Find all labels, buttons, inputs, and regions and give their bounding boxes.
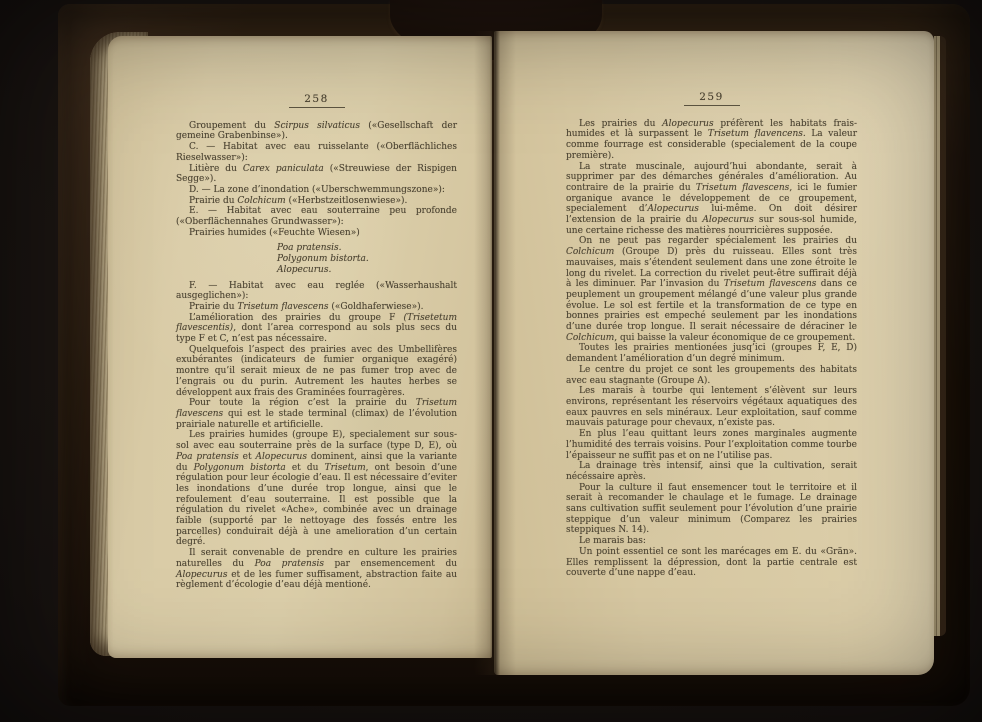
left-page-body-text: Groupement du Scirpus silvaticus («Gesel… xyxy=(176,121,457,591)
paragraph: La drainage très intensif, ainsi que la … xyxy=(566,461,857,482)
paragraph: F. — Habitat avec eau reglée («Wasserhau… xyxy=(176,281,457,302)
species-list: Poa pratensis.Polygonum bistorta.Alopecu… xyxy=(277,243,457,275)
paragraph: Pour la culture il faut ensemencer tout … xyxy=(566,483,857,537)
species-name: Polygonum bistorta. xyxy=(277,254,457,265)
paragraph: Les prairies humides (groupe E), special… xyxy=(176,430,457,548)
paragraph: D. — La zone d’inondation («Uberschwemmu… xyxy=(176,185,457,196)
page-number-left: 258 xyxy=(176,94,457,105)
paragraph: Prairies humides («Feuchte Wiesen») xyxy=(176,228,457,239)
paragraph: C. — Habitat avec eau ruisselante («Ober… xyxy=(176,142,457,163)
paragraph: Il serait convenable de prendre en cultu… xyxy=(176,548,457,591)
page-fore-edge-right xyxy=(934,36,946,636)
left-page-text-column: 258 Groupement du Scirpus silvaticus («G… xyxy=(176,94,457,591)
paragraph: Pour toute la région c’est la prairie du… xyxy=(176,398,457,430)
paragraph: La strate muscinale, aujourd’hui abondan… xyxy=(566,162,857,237)
right-page-body-text: Les prairies du Alopecurus préfèrent les… xyxy=(566,119,857,579)
species-name: Alopecurus. xyxy=(277,265,457,276)
paragraph: Un point essentiel ce sont les marécages… xyxy=(566,547,857,579)
right-page-text-column: 259 Les prairies du Alopecurus préfèrent… xyxy=(566,92,857,579)
page-number-rule-left xyxy=(289,107,345,108)
paragraph: Toutes les prairies mentionées jusq’ici … xyxy=(566,343,857,364)
paragraph: Groupement du Scirpus silvaticus («Gesel… xyxy=(176,121,457,142)
page-number-rule-right xyxy=(684,105,740,106)
book-photo: 258 Groupement du Scirpus silvaticus («G… xyxy=(0,0,982,722)
paragraph: On ne peut pas regarder spécialement les… xyxy=(566,236,857,343)
page-number-right: 259 xyxy=(566,92,857,103)
paragraph: Quelquefois l’aspect des prairies avec d… xyxy=(176,345,457,399)
paragraph: En plus l’eau quittant leurs zones margi… xyxy=(566,429,857,461)
paragraph: L’amélioration des prairies du groupe F … xyxy=(176,313,457,345)
paragraph: Le marais bas: xyxy=(566,536,857,547)
paragraph: Prairie du Trisetum flavescens («Goldhaf… xyxy=(176,302,457,313)
paragraph: Les marais à tourbe qui lentement s’élèv… xyxy=(566,386,857,429)
paragraph: E. — Habitat avec eau souterraine peu pr… xyxy=(176,206,457,227)
paragraph: Litière du Carex paniculata («Streuwiese… xyxy=(176,164,457,185)
paragraph: Le centre du projet ce sont les groupeme… xyxy=(566,365,857,386)
paragraph: Les prairies du Alopecurus préfèrent les… xyxy=(566,119,857,162)
species-name: Poa pratensis. xyxy=(277,243,457,254)
paragraph: Prairie du Colchicum («Herbstzeitlosenwi… xyxy=(176,196,457,207)
